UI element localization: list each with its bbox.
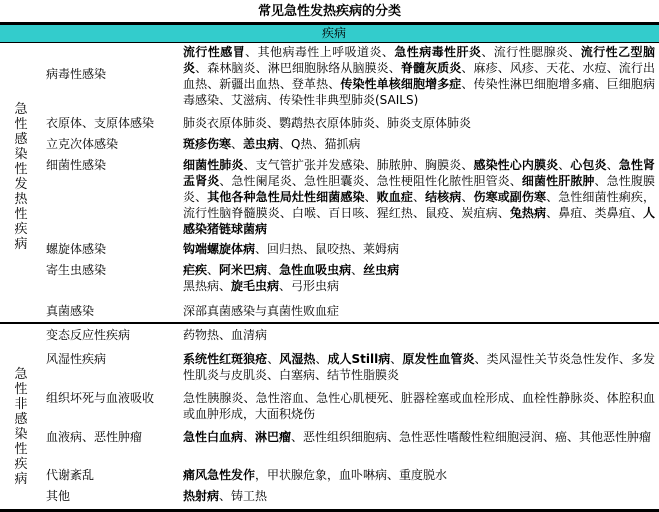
disease-list: 细菌性肺炎、支气管扩张并发感染、肺脓肿、胸膜炎、感染性心内膜炎、心包炎、急性肾盂…	[183, 157, 655, 237]
category-label: 风湿性疾病	[46, 352, 106, 367]
table-row: 病毒性感染 流行性感冒、其他病毒性上呼吸道炎、急性病毒性肝炎、流行性腮腺炎、流行…	[0, 43, 659, 123]
disease-name: 、	[207, 263, 219, 277]
disease-list: 急性白血病、淋巴瘤、恶性组织细胞病、急性恶性嗜酸性粒细胞浸润、癌、其他恶性肿瘤	[183, 429, 655, 445]
disease-name: 、森林脑炎、淋巴细胞脉络从脑膜炎、	[195, 61, 401, 75]
disease-name: 、	[351, 263, 363, 277]
table-row: 组织坏死与血液吸收 急性胰腺炎、急性溶血、急性心肌梗死、脏器栓塞或血栓形成、血栓…	[0, 388, 659, 428]
header-label-disease: 疾病	[322, 25, 346, 42]
disease-name-emphasized: 旋毛虫病	[231, 279, 279, 293]
category-label: 立克次体感染	[46, 137, 118, 152]
category-label: 血液病、恶性肿瘤	[46, 430, 142, 445]
disease-name-emphasized: 斑疹伤寒	[183, 137, 231, 151]
disease-name-emphasized: 阿米巴病	[219, 263, 267, 277]
disease-name: 、	[607, 158, 619, 172]
disease-name-emphasized: 风湿热	[279, 352, 315, 366]
category-label: 病毒性感染	[46, 67, 106, 82]
disease-name-emphasized: 成人Still病	[327, 352, 390, 366]
table-title: 常见急性发热疾病的分类	[0, 0, 659, 23]
disease-name: 、	[315, 352, 327, 366]
disease-name-emphasized: 热射病	[183, 489, 219, 503]
disease-name-emphasized: 伤寒或副伤寒	[474, 190, 547, 204]
disease-name-emphasized: 流行性感冒	[183, 45, 245, 59]
disease-list: 急性胰腺炎、急性溶血、急性心肌梗死、脏器栓塞或血栓形成、血栓性静脉炎、体腔积血或…	[183, 390, 655, 422]
disease-name: 、	[365, 190, 377, 204]
disease-name-emphasized: 感染性心内膜炎	[473, 158, 558, 172]
disease-name: 急性胰腺炎、急性溶血、急性心肌梗死、脏器栓塞或血栓形成、血栓性静脉炎、体腔积血或…	[183, 391, 655, 421]
disease-name-emphasized: 急性血吸虫病	[279, 263, 351, 277]
disease-name: 深部真菌感染与真菌性败血症	[183, 304, 339, 318]
disease-name: 、	[413, 190, 425, 204]
table-row: 寄生虫感染 疟疾、阿米巴病、急性血吸虫病、丝虫病黑热病、旋毛虫病、弓形虫病	[0, 261, 659, 301]
disease-name: 、其他病毒性上呼吸道炎、	[245, 45, 394, 59]
table-row: 细菌性感染 细菌性肺炎、支气管扩张并发感染、肺脓肿、胸膜炎、感染性心内膜炎、心包…	[0, 156, 659, 241]
disease-name-emphasized: 恙虫病	[243, 137, 279, 151]
disease-name: 、	[390, 352, 402, 366]
disease-name-emphasized: 其他各种急性局灶性细菌感染	[207, 190, 364, 204]
category-label: 组织坏死与血液吸收	[46, 391, 154, 406]
disease-name: 、弓形虫病	[279, 279, 339, 293]
category-label: 寄生虫感染	[46, 263, 106, 278]
table-row: 代谢紊乱 痛风急性发作，甲状腺危象，血卟啉病、重度脱水	[0, 465, 659, 485]
group-infectious: 急性感染性发热性疾病 病毒性感染 流行性感冒、其他病毒性上呼吸道炎、急性病毒性肝…	[0, 43, 659, 323]
category-label: 其他	[46, 489, 70, 504]
disease-name: 、	[267, 263, 279, 277]
disease-name-emphasized: 急性病毒性肝炎	[394, 45, 481, 59]
disease-list: 流行性感冒、其他病毒性上呼吸道炎、急性病毒性肝炎、流行性腮腺炎、流行性乙型脑炎、…	[183, 44, 655, 108]
disease-name-emphasized: 败血症	[377, 190, 413, 204]
disease-name: 、	[267, 352, 279, 366]
disease-list: 系统性红斑狼疮、风湿热、成人Still病、原发性血管炎、类风湿性关节炎急性发作、…	[183, 351, 655, 383]
disease-list: 钩端螺旋体病、回归热、鼠咬热、莱姆病	[183, 241, 655, 257]
disease-name-emphasized: 细菌性肺炎	[183, 158, 244, 172]
table-row: 真菌感染 深部真菌感染与真菌性败血症	[0, 302, 659, 322]
disease-list: 疟疾、阿米巴病、急性血吸虫病、丝虫病黑热病、旋毛虫病、弓形虫病	[183, 262, 655, 294]
disease-name: 、	[461, 190, 473, 204]
disease-name-emphasized: 系统性红斑狼疮	[183, 352, 267, 366]
category-label: 细菌性感染	[46, 158, 106, 173]
disease-name-emphasized: 心包炎	[570, 158, 606, 172]
disease-name: 、	[558, 158, 570, 172]
disease-name-emphasized: 原发性血管炎	[402, 352, 474, 366]
disease-name-emphasized: 结核病	[425, 190, 461, 204]
disease-name-emphasized: 疟疾	[183, 263, 207, 277]
group-noninfectious: 急性非感染性疾病 变态反应性疾病 药物热、血清病 风湿性疾病 系统性红斑狼疮、风…	[0, 324, 659, 509]
disease-name-emphasized: 兔热病	[510, 206, 546, 220]
disease-name: 、恶性组织细胞病、急性恶性嗜酸性粒细胞浸润、癌、其他恶性肿瘤	[291, 430, 651, 444]
disease-name-emphasized: 丝虫病	[363, 263, 399, 277]
table-row: 其他 热射病、铸工热	[0, 486, 659, 506]
table-row: 衣原体、支原体感染 肺炎衣原体肺炎、鹦鹉热衣原体肺炎、肺炎支原体肺炎	[0, 114, 659, 134]
disease-list: 深部真菌感染与真菌性败血症	[183, 303, 655, 319]
disease-name: 、支气管扩张并发感染、肺脓肿、胸膜炎、	[244, 158, 474, 172]
disease-list: 斑疹伤寒、恙虫病、Q热、猫抓病	[183, 136, 655, 152]
disease-name: 、	[243, 430, 255, 444]
category-label: 真菌感染	[46, 304, 94, 319]
disease-name: 、流行性腮腺炎、	[481, 45, 580, 59]
category-label: 代谢紊乱	[46, 468, 94, 483]
disease-name: 黑热病、	[183, 279, 231, 293]
category-label: 衣原体、支原体感染	[46, 116, 154, 131]
disease-name-emphasized: 传染性单核细胞增多症	[340, 77, 461, 91]
table-header: 疾病	[0, 25, 659, 43]
disease-name: 、回归热、鼠咬热、莱姆病	[255, 242, 399, 256]
table-row: 变态反应性疾病 药物热、血清病	[0, 324, 659, 344]
disease-name-emphasized: 钩端螺旋体病	[183, 242, 255, 256]
disease-name: 药物热、血清病	[183, 328, 267, 342]
disease-name-emphasized: 淋巴瘤	[255, 430, 291, 444]
disease-name: ，甲状腺危象，血卟啉病、重度脱水	[255, 468, 447, 482]
disease-list: 肺炎衣原体肺炎、鹦鹉热衣原体肺炎、肺炎支原体肺炎	[183, 115, 655, 131]
disease-list: 痛风急性发作，甲状腺危象，血卟啉病、重度脱水	[183, 467, 655, 483]
disease-name-emphasized: 细菌性肝脓肿	[522, 174, 595, 188]
table-row: 风湿性疾病 系统性红斑狼疮、风湿热、成人Still病、原发性血管炎、类风湿性关节…	[0, 349, 659, 389]
category-label: 变态反应性疾病	[46, 328, 130, 343]
disease-name: 、	[231, 137, 243, 151]
category-label: 螺旋体感染	[46, 242, 106, 257]
disease-name: 、铸工热	[219, 489, 267, 503]
disease-name: 、急性阑尾炎、急性胆囊炎、急性梗阻性化脓性胆管炎、	[219, 174, 522, 188]
disease-name: 、鼻疽、类鼻疽、	[546, 206, 643, 220]
table-row: 血液病、恶性肿瘤 急性白血病、淋巴瘤、恶性组织细胞病、急性恶性嗜酸性粒细胞浸润、…	[0, 426, 659, 466]
disease-name-emphasized: 急性白血病	[183, 430, 243, 444]
disease-name-emphasized: 脊髓灰质炎	[401, 61, 462, 75]
disease-name-emphasized: 痛风急性发作	[183, 468, 255, 482]
table-row: 螺旋体感染 钩端螺旋体病、回归热、鼠咬热、莱姆病	[0, 240, 659, 260]
disease-list: 热射病、铸工热	[183, 488, 655, 504]
disease-name: 、Q热、猫抓病	[279, 137, 360, 151]
disease-name: 肺炎衣原体肺炎、鹦鹉热衣原体肺炎、肺炎支原体肺炎	[183, 116, 471, 130]
table-row: 立克次体感染 斑疹伤寒、恙虫病、Q热、猫抓病	[0, 135, 659, 155]
disease-list: 药物热、血清病	[183, 327, 655, 343]
